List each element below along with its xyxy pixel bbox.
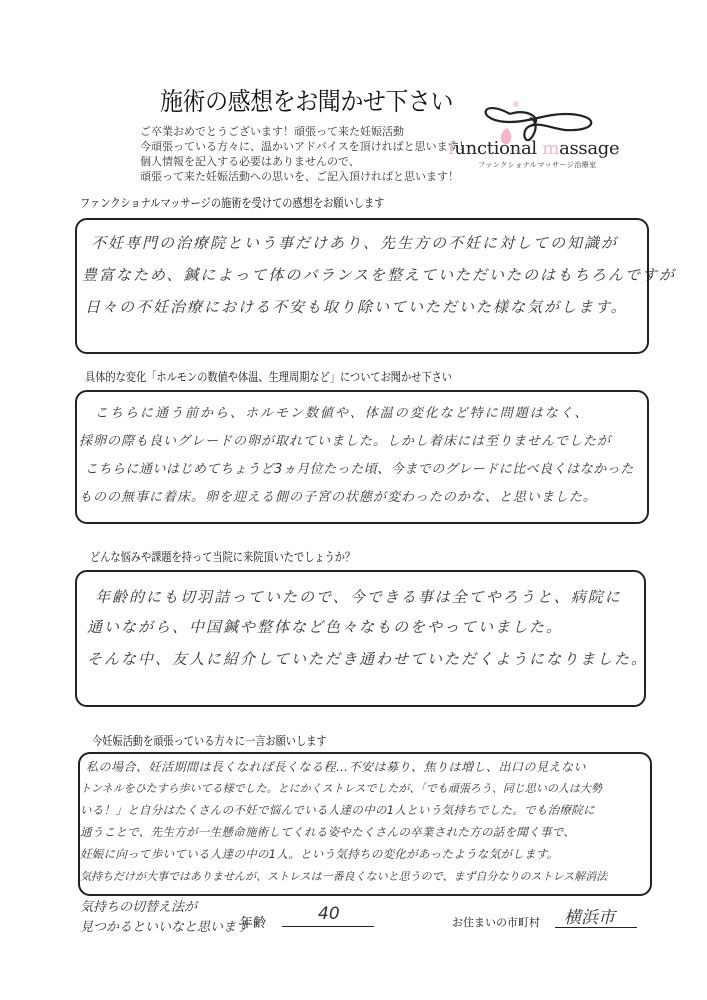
answer-line: 妊娠に向って歩いている人達の中の1人。という気持ちの変化があったような気がします… <box>80 846 559 862</box>
logo-wordmark: functional massage <box>448 138 619 159</box>
age-value[interactable]: 40 <box>318 904 340 924</box>
continuation-note: 気持ちの切替え法が 見つかるといいなと思います <box>80 898 249 938</box>
answer-line: 採卵の際も良いグレードの卵が取れていました。しかし着床には至りませんでしたが <box>79 430 611 449</box>
page-title: 施術の感想をお聞かせ下さい <box>160 82 453 118</box>
answer-line: トンネルをひたすら歩いてる様でした。とにかくストレスでしたが、「でも頑張ろう、同… <box>80 780 602 796</box>
answer-line: こちらに通いはじめてちょうど3ヵ月位たった頃、今までのグレードに比べ良くはなかっ… <box>85 458 634 477</box>
answer-line: 気持ちだけが大事ではありませんが、ストレスは一番良くないと思うので、まず自分なり… <box>80 868 607 884</box>
question-label: 今妊娠活動を頑張っている方々に一言お願いします <box>92 732 327 749</box>
answer-line: 年齢的にも切羽詰っていたので、今できる事は全てやろうと、病院に <box>95 586 622 607</box>
residence-value[interactable]: 横浜市 <box>564 903 615 928</box>
intro-text: ご卒業おめでとうございます！頑張って来た妊娠活動 今頑張っている方々に、温かいア… <box>140 124 470 184</box>
answer-line: 不妊専門の治療院という事だけあり、先生方の不妊に対しての知識が <box>91 232 618 253</box>
answer-line: 豊富なため、鍼によって体のバランスを整えていただいたのはもちろんですが <box>82 264 676 285</box>
answer-line: 通うことで、先生方が一生懸命施術してくれる姿やたくさんの卒業された方の話を聞く事… <box>80 824 575 840</box>
age-field-line <box>282 926 374 927</box>
answer-box: 不妊専門の治療院という事だけあり、先生方の不妊に対しての知識が 豊富なため、鍼に… <box>75 218 649 354</box>
answer-line: いる！」と自分はたくさんの不妊で悩んでいる人達の中の1人という気持ちでした。でも… <box>80 802 595 818</box>
intro-line: ご卒業おめでとうございます！頑張って来た妊娠活動 <box>140 124 470 139</box>
continuation-line: 気持ちの切替え法が <box>80 898 249 918</box>
question-label: ファンクショナルマッサージの施術を受けての感想をお願いします <box>80 194 384 211</box>
question-label: どんな悩みや課題を持って当院に来院頂いたでしょうか？ <box>90 548 355 565</box>
continuation-line: 見つかるといいなと思います <box>80 918 249 938</box>
answer-line: 私の場合、妊活期間は長くなれば長くなる程…不安は募り、焦りは増し、出口の見えない <box>86 758 586 775</box>
answer-line: 通いながら、中国鍼や整体など色々なものをやっていました。 <box>87 616 563 637</box>
answer-line: そんな中、友人に紹介していただき通わせていただくようになりました。 <box>87 648 648 669</box>
age-label: 年齢 <box>240 912 266 931</box>
answer-line: こちらに通う前から、ホルモン数値や、体温の変化など特に問題はなく、 <box>95 402 589 421</box>
logo-subtitle: ファンクショナルマッサージ治療室 <box>478 160 597 170</box>
answer-box: こちらに通う前から、ホルモン数値や、体温の変化など特に問題はなく、 採卵の際も良… <box>75 390 649 524</box>
intro-line: 今頑張っている方々に、温かいアドバイスを頂ければと思います！ <box>140 139 470 154</box>
answer-line: ものの無事に着床。卵を迎える側の子宮の状態が変わったのかな、と思いました。 <box>79 486 597 505</box>
answer-box: 私の場合、妊活期間は長くなれば長くなる程…不安は募り、焦りは増し、出口の見えない… <box>78 752 652 896</box>
intro-line: 頑張って来た妊娠活動への思いを、ご記入頂ければと思います！ <box>140 169 470 184</box>
answer-box: 年齢的にも切羽詰っていたので、今できる事は全てやろうと、病院に 通いながら、中国… <box>75 570 646 707</box>
answer-line: 日々の不妊治療における不安も取り除いていただいた様な気がします。 <box>85 296 628 317</box>
question-label: 具体的な変化「ホルモンの数値や体温、生理周期など」についてお聞かせ下さい <box>85 368 452 385</box>
residence-label: お住まいの市町村 <box>452 914 540 930</box>
intro-line: 個人情報を記入する必要はありませんので、 <box>140 154 470 169</box>
